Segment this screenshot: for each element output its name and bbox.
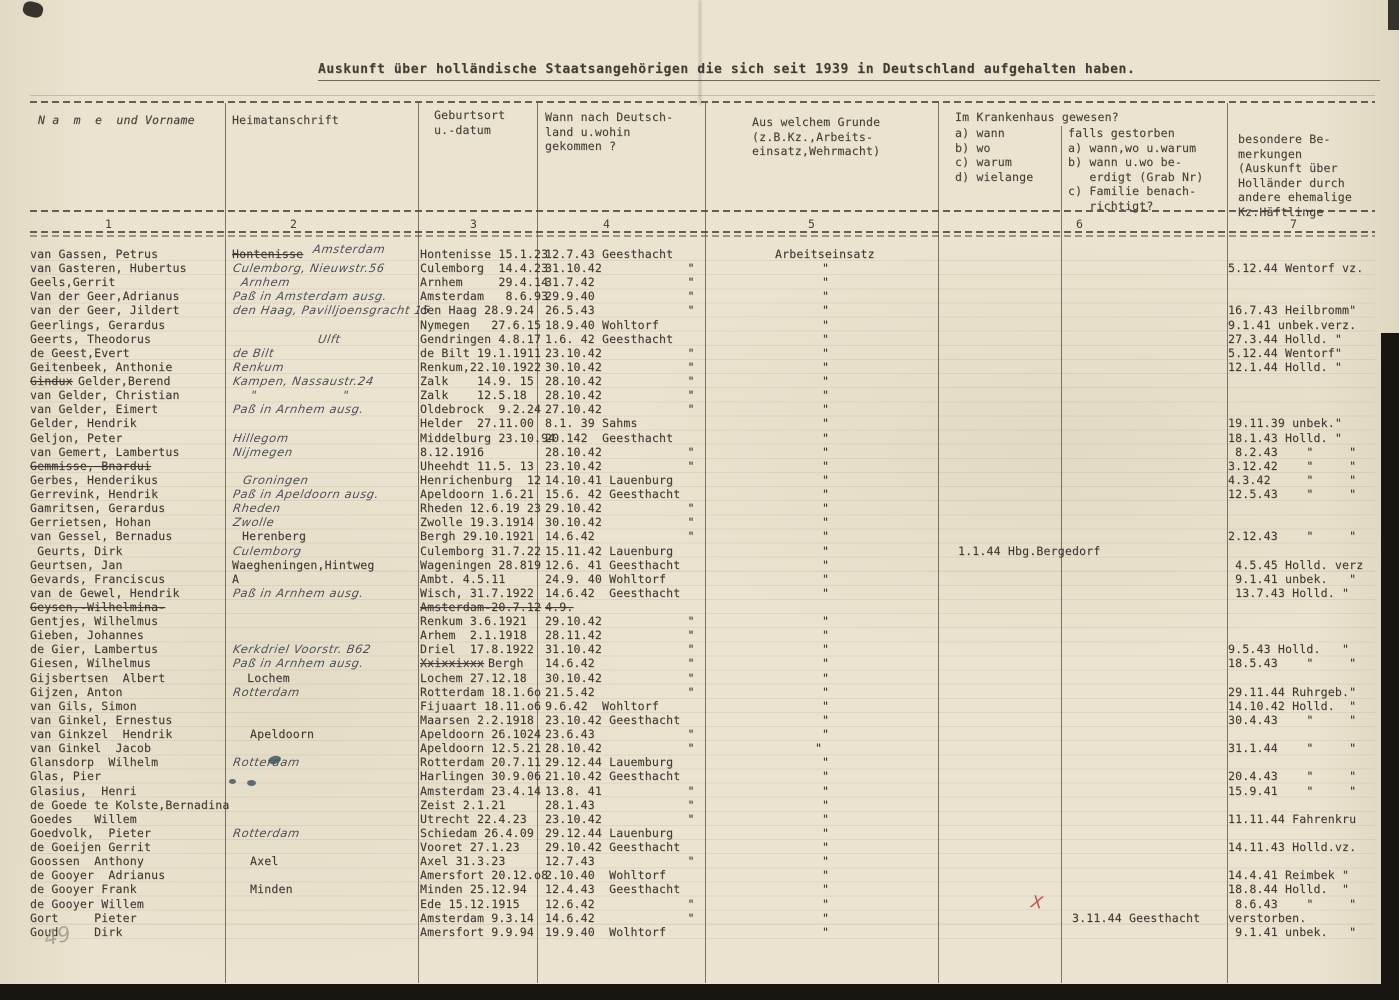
cell-name: Gelder,Berend: [78, 374, 171, 388]
cell-bemerkung: 14.11.43 Holld.vz.: [1228, 840, 1356, 854]
cell-wann-wohin: 29.10.42 ": [545, 501, 695, 515]
cell-geburtsort: Apeldoorn 12.5.21: [420, 741, 541, 755]
cell-geburtsort: Rheden 12.6.19 23: [420, 501, 541, 515]
cell-heimatanschrift: A: [232, 572, 239, 586]
cell-heimatanschrift: Rotterdam: [232, 826, 301, 840]
cell-grund: ": [822, 529, 829, 543]
cell-wann-wohin: 23.6.43 ": [545, 727, 695, 741]
cell-geburtsort: den Haag 28.9.24: [420, 303, 534, 317]
faint-rule: [30, 95, 1375, 96]
cell-heimatanschrift: Paß in Arnhem ausg.: [232, 586, 365, 600]
cell-name: Giesen, Wilhelmus: [30, 656, 151, 670]
cell-geburtsort: Driel 17.8.1922: [420, 642, 534, 656]
cell-geburtsort: Renkum 3.6.1921: [420, 614, 527, 628]
cell-bemerkung: 27.3.44 Holld. ": [1228, 332, 1342, 346]
table-row: de Gier, LambertusKerkdriel Voorstr. B62…: [0, 642, 1399, 656]
cell-name: Glas, Pier: [30, 769, 101, 783]
cell-grund: ": [822, 275, 829, 289]
cell-grund: ": [815, 741, 822, 755]
table-row: Geerlings, GerardusNymegen 27.6.1518.9.4…: [0, 318, 1399, 332]
cell-grund: ": [822, 289, 829, 303]
cell-heimatanschrift: de Bilt: [232, 346, 275, 360]
cell-grund: ": [822, 882, 829, 896]
table-row: van de Gewel, HendrikPaß in Arnhem ausg.…: [0, 586, 1399, 600]
cell-name: de Gier, Lambertus: [30, 642, 158, 656]
cell-geburtsort: Zeist 2.1.21: [420, 798, 505, 812]
cell-heimatanschrift: Paß in Arnhem ausg.: [232, 402, 365, 416]
cell-grund: ": [822, 826, 829, 840]
cell-wann-wohin: 28.1.43 ": [545, 798, 695, 812]
table-row: Geitenbeek, AnthonieRenkumRenkum,22.10.1…: [0, 360, 1399, 374]
cell-bemerkung: 2.12.43 " ": [1228, 529, 1356, 543]
table-row: Glansdorp WilhelmRotterdamRotterdam 20.7…: [0, 755, 1399, 769]
cell-name: Goedes Willem: [30, 812, 137, 826]
cell-wann-wohin: 31.10.42 ": [545, 642, 695, 656]
table-row: Goedvolk, PieterRotterdamSchiedam 26.4.0…: [0, 826, 1399, 840]
cell-grund: Arbeitseinsatz: [775, 247, 875, 261]
page-title: Auskunft über holländische Staatsangehör…: [318, 62, 1135, 77]
cell-heimatanschrift: Rheden: [232, 501, 282, 515]
cell-geburtsort: Amsterdam 8.6.93: [420, 289, 548, 303]
cell-name: van Ginkel Jacob: [30, 741, 151, 755]
cell-bemerkung: 5.12.44 Wentorf": [1228, 346, 1342, 360]
cell-name: van Gessel, Bernadus: [30, 529, 172, 543]
cell-name: Geerlings, Gerardus: [30, 318, 165, 332]
cell-wann-wohin: 19.9.40 Wolhtorf: [545, 925, 666, 939]
cell-wann-wohin: 29.10.42 ": [545, 614, 695, 628]
cell-name: de Gooyer Willem: [30, 897, 144, 911]
cell-wann-wohin: 12.7.43 Geesthacht: [545, 247, 673, 261]
cell-name: Glasius, Henri: [30, 784, 137, 798]
cell-wann-wohin: 14.6.42 Geesthacht: [545, 586, 680, 600]
cell-bemerkung: 14.10.42 Holld. ": [1228, 699, 1356, 713]
cell-geburtsort: Uheehdt 11.5. 13: [420, 459, 534, 473]
cell-grund: ": [822, 388, 829, 402]
cell-geburtsort: Culemborg 31.7.22: [420, 544, 541, 558]
cell-geburtsort: Henrichenburg 12: [420, 473, 541, 487]
cell-name: Gijzen, Anton: [30, 685, 123, 699]
cell-wann-wohin: 29.12.44 Lauenburg: [545, 826, 673, 840]
cell-bemerkung: 20.4.43 " ": [1228, 769, 1356, 783]
cell-grund: ": [822, 445, 829, 459]
cell-heimatanschrift: Kerkdriel Voorstr. B62: [232, 642, 372, 656]
column-number: 4: [603, 217, 610, 231]
cell-name: van Gelder, Christian: [30, 388, 180, 402]
cell-grund: ": [822, 431, 829, 445]
cell-wann-wohin: 21.5.42 ": [545, 685, 695, 699]
cell-geburtsort: Gendringen 4.8.17: [420, 332, 541, 346]
table-row: van Gasteren, HubertusCulemborg, Nieuwst…: [0, 261, 1399, 275]
cell-heimatanschrift: Rotterdam: [232, 685, 301, 699]
cell-geburtsort: Lochem 27.12.18: [420, 671, 527, 685]
cell-bemerkung: 13.7.43 Holld. ": [1228, 586, 1349, 600]
cell-grund: ": [822, 784, 829, 798]
cell-wann-wohin: 28.10.42 ": [545, 445, 695, 459]
column-number: 6: [1076, 217, 1083, 231]
cell-wann-wohin: 18.9.40 Wohltorf: [545, 318, 659, 332]
table-row: de Goede te Kolste,BernadinaZeist 2.1.21…: [0, 798, 1399, 812]
table-row: van Gelder, EimertPaß in Arnhem ausg.Old…: [0, 402, 1399, 416]
cell-name: van Ginkel, Ernestus: [30, 713, 172, 727]
cell-bemerkung: 15.9.41 " ": [1228, 784, 1356, 798]
cell-name: van Gasteren, Hubertus: [30, 261, 187, 275]
cell-wann-wohin: 20.142 Geesthacht: [545, 431, 673, 445]
cell-heimatanschrift: Hillegom: [232, 431, 290, 445]
number-row-border: [30, 235, 1375, 237]
table-row: Gelder, HendrikHelder 27.11.008.1. 39 Sa…: [0, 416, 1399, 430]
cell-grund: ": [822, 572, 829, 586]
cell-wann-wohin: 14.6.42 ": [545, 911, 695, 925]
cell-wann-wohin: 23.10.42 ": [545, 812, 695, 826]
cell-grund: ": [822, 487, 829, 501]
cell-bemerkung: 4.5.45 Holld. verz: [1228, 558, 1363, 572]
cell-bemerkung: 12.5.43 " ": [1228, 487, 1356, 501]
cell-heimatanschrift: Herenberg: [242, 529, 306, 543]
cell-name: Geljon, Peter: [30, 431, 123, 445]
cell-bemerkung: 18.8.44 Holld. ": [1228, 882, 1349, 896]
cell-wann-wohin: 14.10.41 Lauenburg: [545, 473, 673, 487]
cell-geburtsort: Amsterdam 9.3.14: [420, 911, 534, 925]
cell-grund: ": [822, 501, 829, 515]
cell-grund: ": [822, 402, 829, 416]
cell-name: Gort Pieter: [30, 911, 137, 925]
cell-wann-wohin: 12.6.42 ": [545, 897, 695, 911]
cell-name: Van der Geer,Adrianus: [30, 289, 180, 303]
cell-bemerkung: 5.12.44 Wentorf vz.: [1228, 261, 1363, 275]
cell-name: Goedvolk, Pieter: [30, 826, 151, 840]
table-row: Gentjes, WilhelmusRenkum 3.6.192129.10.4…: [0, 614, 1399, 628]
cell-wann-wohin: 23.10.42 ": [545, 459, 695, 473]
cell-heimatanschrift: Apeldoorn: [250, 727, 314, 741]
table-row: Gijzen, AntonRotterdamRotterdam 18.1.6o2…: [0, 685, 1399, 699]
cell-heimatanschrift: Culemborg: [232, 544, 303, 558]
cell-name: Goossen Anthony: [30, 854, 144, 868]
cell-bemerkung: 19.11.39 unbek.": [1228, 416, 1342, 430]
cell-name: Glansdorp Wilhelm: [30, 755, 158, 769]
cell-grund: ": [822, 374, 829, 388]
cell-wann-wohin: 15.6. 42 Geesthacht: [545, 487, 680, 501]
cell-geburtsort: Amersfort 20.12.o8: [420, 868, 548, 882]
cell-name: van Ginkzel Hendrik: [30, 727, 172, 741]
cell-geburtsort: Xxixxixxx: [420, 656, 484, 670]
cell-wann-wohin: 12.6. 41 Geesthacht: [545, 558, 680, 572]
table-row: Gerbes, HenderikusGroningenHenrichenburg…: [0, 473, 1399, 487]
table-row: Goedes WillemUtrecht 22.4.2323.10.42 ""1…: [0, 812, 1399, 826]
cell-grund: ": [822, 868, 829, 882]
cell-grund: ": [822, 798, 829, 812]
column-header-grund: Aus welchem Grunde (z.B.Kz.,Arbeits- ein…: [752, 115, 880, 159]
red-x-mark: X: [1030, 892, 1044, 913]
cell-heimatanschrift: Waegheningen,Hintweg: [232, 558, 374, 572]
cell-grund: ": [822, 812, 829, 826]
column-header-bemerkungen: besondere Be- merkungen (Auskunft über H…: [1238, 132, 1352, 220]
cell-grund: ": [822, 318, 829, 332]
table-row: Glas, PierHarlingen 30.9.0621.10.42 Gees…: [0, 769, 1399, 783]
cell-geburtsort: Amsterdam-20.7.12: [420, 600, 541, 614]
cell-heimatanschrift: ": [342, 388, 350, 402]
pencil-page-number: 49: [42, 921, 73, 950]
table-row: Geurtsen, JanWaegheningen,HintwegWagenin…: [0, 558, 1399, 572]
cell-wann-wohin: 4.9.: [545, 600, 574, 614]
table-row: Geysen,-Wilhelmina-Amsterdam-20.7.124.9.: [0, 600, 1399, 614]
cell-bemerkung: 4.3.42 " ": [1228, 473, 1356, 487]
table-top-border: [30, 101, 1375, 103]
cell-wann-wohin: 12.7.43 ": [545, 854, 695, 868]
cell-wann-wohin: 14.6.42 ": [545, 529, 695, 543]
cell-grund: ": [822, 840, 829, 854]
cell-heimatanschrift: Zwolle: [232, 515, 276, 529]
cell-geburtsort: Ede 15.12.1915: [420, 897, 520, 911]
table-row: Goossen AnthonyAxelAxel 31.3.2312.7.43 "…: [0, 854, 1399, 868]
cell-geburtsort: Zalk 12.5.18: [420, 388, 527, 402]
cell-bemerkung: 12.1.44 Holld. ": [1228, 360, 1342, 374]
cell-geburtsort: Renkum,22.10.1922: [420, 360, 541, 374]
cell-geburtsort: Utrecht 22.4.23: [420, 812, 527, 826]
cell-grund: ": [822, 656, 829, 670]
cell-krankenhaus: 1.1.44 Hbg.Bergedorf: [958, 544, 1100, 558]
cell-bemerkung: 30.4.43 " ": [1228, 713, 1356, 727]
cell-bemerkung: 9.1.41 unbek.verz.: [1228, 318, 1356, 332]
cell-geburtsort: Arnhem 29.4.14: [420, 275, 548, 289]
cell-name: Gerbes, Henderikus: [30, 473, 158, 487]
cell-geburtsort: Ambt. 4.5.11: [420, 572, 505, 586]
cell-wann-wohin: 31.10.42 ": [545, 261, 695, 275]
cell-wann-wohin: 30.10.42 ": [545, 671, 695, 685]
cell-grund: ": [822, 544, 829, 558]
cell-heimatanschrift: Rotterdam: [232, 755, 301, 769]
table-row: van Gelder, Christian""Zalk 12.5.1828.10…: [0, 388, 1399, 402]
table-row: Goud DirkAmersfort 9.9.9419.9.40 Wolhtor…: [0, 925, 1399, 939]
cell-name: van Gemert, Lambertus: [30, 445, 180, 459]
cell-krankenhaus: 3.11.44 Geesthacht: [1072, 911, 1200, 925]
cell-heimatanschrift: Culemborg, Nieuwstr.56: [232, 261, 386, 275]
cell-geburtsort: Wisch, 31.7.1922: [420, 586, 534, 600]
cell-bemerkung: 9.1.41 unbek. ": [1228, 572, 1356, 586]
cell-wann-wohin: 29.9.40 ": [545, 289, 695, 303]
column-number: 2: [290, 217, 297, 231]
paper-fold-crease: [699, 0, 701, 105]
cell-wann-wohin: 23.10.42 ": [545, 346, 695, 360]
column-header-wann: Wann nach Deutsch- land u.wohin gekommen…: [545, 110, 673, 154]
cell-grund: ": [822, 769, 829, 783]
cell-wann-wohin: 28.10.42 ": [545, 388, 695, 402]
cell-grund: ": [822, 897, 829, 911]
cell-name: Gelder, Hendrik: [30, 416, 137, 430]
cell-heimatanschrift: Minden: [250, 882, 293, 896]
cell-geburtsort: de Bilt 19.1.1911: [420, 346, 541, 360]
cell-name: de Gooyer Frank: [30, 882, 137, 896]
cell-grund: ": [822, 332, 829, 346]
cell-geburtsort: Amersfort 9.9.94: [420, 925, 534, 939]
cell-name: de Geest,Evert: [30, 346, 130, 360]
table-row: van Ginkel, ErnestusMaarsen 2.2.191823.1…: [0, 713, 1399, 727]
cell-geburtsort: Arhem 2.1.1918: [420, 628, 527, 642]
cell-heimatanschrift: Ulft: [317, 332, 342, 346]
cell-name: Geerts, Theodorus: [30, 332, 151, 346]
table-row: Gijsbertsen Albert LochemLochem 27.12.18…: [0, 671, 1399, 685]
cell-grund: ": [822, 727, 829, 741]
cell-bemerkung: 16.7.43 Heilbromm": [1228, 303, 1356, 317]
column-header-geburtsort: Geburtsort u.-datum: [434, 108, 505, 137]
cell-wann-wohin: 15.11.42 Lauenburg: [545, 544, 673, 558]
cell-heimatanschrift: Renkum: [232, 360, 285, 374]
table-row: van Ginkzel HendrikApeldoornApeldoorn 26…: [0, 727, 1399, 741]
cell-name: Gentjes, Wilhelmus: [30, 614, 158, 628]
scan-mark-top-left: [21, 0, 44, 19]
cell-grund: ": [822, 303, 829, 317]
cell-bemerkung: 29.11.44 Ruhrgeb.": [1228, 685, 1356, 699]
cell-heimatanschrift: Paß in Arnhem ausg.: [232, 656, 365, 670]
cell-geburtsort: Nymegen 27.6.15: [420, 318, 541, 332]
cell-heimatanschrift: Nijmegen: [232, 445, 294, 459]
number-row-border: [30, 231, 1375, 233]
table-row: van der Geer, Jildertden Haag, Pavilljoe…: [0, 303, 1399, 317]
cell-geburtsort: Maarsen 2.2.1918: [420, 713, 534, 727]
column-number: 3: [470, 217, 477, 231]
cell-name: Gevards, Franciscus: [30, 572, 165, 586]
cell-grund: ": [822, 459, 829, 473]
cell-name: Gerrietsen, Hohan: [30, 515, 151, 529]
cell-name: de Goede te Kolste,Bernadina: [30, 798, 229, 812]
cell-heimatanschrift: Groningen: [242, 473, 310, 487]
column-number: 1: [105, 217, 112, 231]
cell-bemerkung: 3.12.42 " ": [1228, 459, 1356, 473]
table-row: Geurts, DirkCulemborgCulemborg 31.7.2215…: [0, 544, 1399, 558]
cell-name: Geysen,-Wilhelmina-: [30, 600, 165, 614]
cell-geburtsort: Wageningen 28.819: [420, 558, 541, 572]
cell-name: Gemmisse, Bnardui: [30, 459, 151, 473]
cell-wann-wohin: 23.10.42 Geesthacht: [545, 713, 680, 727]
cell-name: van der Geer, Jildert: [30, 303, 180, 317]
cell-geburtsort: Rotterdam 18.1.6o: [420, 685, 541, 699]
cell-name: de Gooyer Adrianus: [30, 868, 165, 882]
cell-geburtsort: Axel 31.3.23: [420, 854, 505, 868]
cell-grund: ": [822, 473, 829, 487]
cell-geburtsort: Apeldoorn 26.1024: [420, 727, 541, 741]
cell-wann-wohin: 26.5.43 ": [545, 303, 695, 317]
column-header-heimatanschrift: Heimatanschrift: [232, 113, 339, 128]
cell-heimatanschrift: Paß in Apeldoorn ausg.: [232, 487, 380, 501]
cell-geburtsort: Zalk 14.9. 15: [420, 374, 534, 388]
cell-wann-wohin: 28.11.42 ": [545, 628, 695, 642]
cell-name: Gerrevink, Hendrik: [30, 487, 158, 501]
cell-wann-wohin: 21.10.42 Geesthacht: [545, 769, 680, 783]
cell-name: de Goeijen Gerrit: [30, 840, 151, 854]
cell-bemerkung: 9.1.41 unbek. ": [1228, 925, 1356, 939]
cell-heimatanschrift: ": [250, 388, 258, 402]
cell-grund: ": [822, 911, 829, 925]
cell-geburtsort: Helder 27.11.00: [420, 416, 534, 430]
cell-name: Geurtsen, Jan: [30, 558, 123, 572]
cell-geburtsort: Bergh: [488, 656, 524, 670]
cell-geburtsort: Culemborg 14.4.23: [420, 261, 548, 275]
cell-geburtsort: Minden 25.12.94: [420, 882, 527, 896]
cell-geburtsort: Oldebrock 9.2.24: [420, 402, 541, 416]
cell-wann-wohin: 12.4.43 Geesthacht: [545, 882, 680, 896]
cell-bemerkung: 31.1.44 " ": [1228, 741, 1356, 755]
cell-heimatanschrift: Kampen, Nassaustr.24: [232, 374, 375, 388]
cell-heimatanschrift: Arnhem: [240, 275, 291, 289]
cell-heimatanschrift: Hontenisse: [232, 247, 303, 261]
cell-name: Gieben, Johannes: [30, 628, 144, 642]
cell-name: van Gassen, Petrus: [30, 247, 158, 261]
cell-grund: ": [822, 685, 829, 699]
cell-wann-wohin: 30.10.42 ": [545, 360, 695, 374]
table-row: Van der Geer,AdrianusPaß in Amsterdam au…: [0, 289, 1399, 303]
cell-geburtsort: Apeldoorn 1.6.21: [420, 487, 534, 501]
cell-bemerkung: 14.4.41 Reimbek ": [1228, 868, 1349, 882]
table-row: Geerts, TheodorusUlftGendringen 4.8.171.…: [0, 332, 1399, 346]
cell-wann-wohin: 30.10.42 ": [545, 515, 695, 529]
cell-name: van de Gewel, Hendrik: [30, 586, 180, 600]
cell-bemerkung: 18.1.43 Holld. ": [1228, 431, 1342, 445]
cell-heimatanschrift: Axel: [250, 854, 279, 868]
cell-wann-wohin: 2.10.40 Wohltorf: [545, 868, 666, 882]
cell-geburtsort: Amsterdam 23.4.14: [420, 784, 541, 798]
cell-name: Geels,Gerrit: [30, 275, 115, 289]
cell-grund: ": [822, 628, 829, 642]
cell-geburtsort: Zwolle 19.3.1914: [420, 515, 534, 529]
cell-heimatanschrift: Amsterdam: [312, 242, 387, 256]
cell-geburtsort: Vooret 27.1.23: [420, 840, 520, 854]
cell-wann-wohin: 8.1. 39 Sahms: [545, 416, 638, 430]
cell-grund: ": [822, 699, 829, 713]
table-row: Gieben, JohannesArhem 2.1.191828.11.42 "…: [0, 628, 1399, 642]
column-header-gestorben: falls gestorben a) wann,wo u.warum b) wa…: [1068, 126, 1203, 214]
cell-bemerkung: 18.5.43 " ": [1228, 656, 1356, 670]
cell-wann-wohin: 13.8. 41 ": [545, 784, 695, 798]
cell-name: Gijsbertsen Albert: [30, 671, 165, 685]
cell-wann-wohin: 27.10.42 ": [545, 402, 695, 416]
cell-wann-wohin: 31.7.42 ": [545, 275, 695, 289]
cell-grund: ": [822, 854, 829, 868]
column-header-krankenhaus-title: Im Krankenhaus gewesen?: [955, 110, 1119, 125]
column-number: 7: [1290, 217, 1297, 231]
title-underline: [318, 80, 1380, 81]
table-row: Glasius, HenriAmsterdam 23.4.1413.8. 41 …: [0, 784, 1399, 798]
cell-geburtsort: 8.12.1916: [420, 445, 484, 459]
cell-geburtsort: Schiedam 26.4.09: [420, 826, 534, 840]
table-row: de Gooyer AdrianusAmersfort 20.12.o82.10…: [0, 868, 1399, 882]
cell-name: van Gils, Simon: [30, 699, 137, 713]
table-row: Gemmisse, BnarduiUheehdt 11.5. 1323.10.4…: [0, 459, 1399, 473]
cell-bemerkung: 8.2.43 " ": [1228, 445, 1356, 459]
cell-wann-wohin: 24.9. 40 Wohltorf: [545, 572, 666, 586]
cell-wann-wohin: 29.12.44 Lauemburg: [545, 755, 673, 769]
cell-grund: ": [822, 558, 829, 572]
cell-grund: ": [822, 416, 829, 430]
cell-heimatanschrift: Lochem: [240, 671, 290, 685]
scanned-document-page: Auskunft über holländische Staatsangehör…: [0, 0, 1399, 1000]
cell-geburtsort: Middelburg 23.10.94: [420, 431, 555, 445]
cell-name: Geurts, Dirk: [30, 544, 123, 558]
table-row: Gort PieterAmsterdam 9.3.1414.6.42 ""3.1…: [0, 911, 1399, 925]
cell-geburtsort: Rotterdam 20.7.11: [420, 755, 541, 769]
cell-heimatanschrift: den Haag, Pavilljoensgracht 15: [232, 303, 431, 317]
table-row: van Gils, SimonFijuaart 18.11.o69.6.42 W…: [0, 699, 1399, 713]
table-row: van Gemert, LambertusNijmegen8.12.191628…: [0, 445, 1399, 459]
cell-wann-wohin: 28.10.42 ": [545, 374, 695, 388]
cell-name: Gindux: [30, 374, 73, 388]
table-row: Gamritsen, GerardusRhedenRheden 12.6.19 …: [0, 501, 1399, 515]
table-row: GinduxGelder,BerendKampen, Nassaustr.24Z…: [0, 374, 1399, 388]
cell-grund: ": [822, 671, 829, 685]
cell-wann-wohin: 29.10.42 Geesthacht: [545, 840, 680, 854]
cell-grund: ": [822, 261, 829, 275]
cell-grund: ": [822, 642, 829, 656]
cell-grund: ": [822, 586, 829, 600]
cell-geburtsort: Fijuaart 18.11.o6: [420, 699, 541, 713]
